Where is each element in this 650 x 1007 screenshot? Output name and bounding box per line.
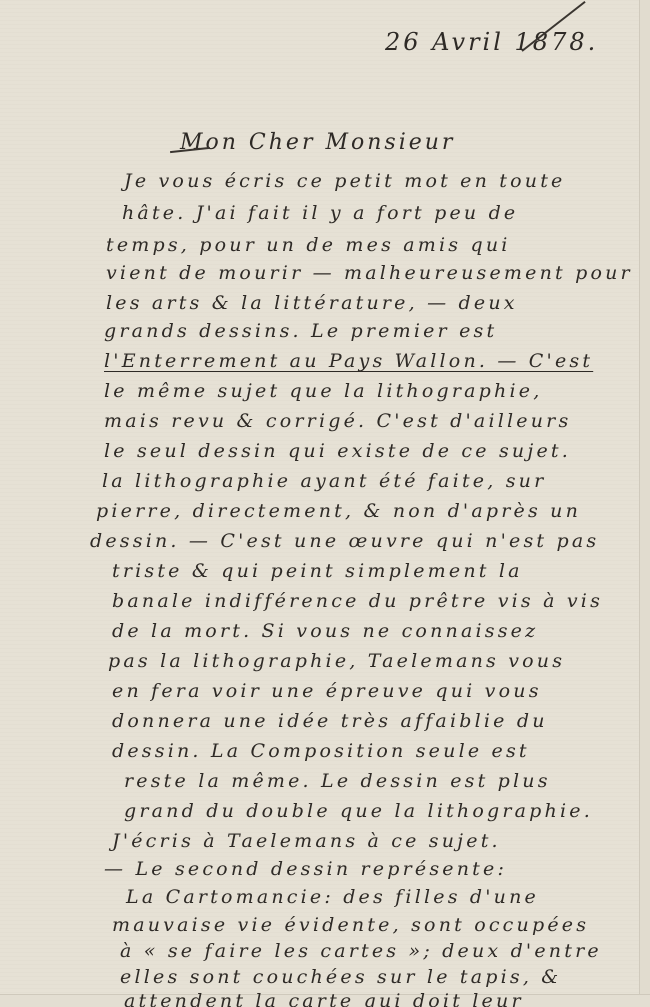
body-line-5: les arts & la littérature, — deux xyxy=(106,292,518,314)
body-line-15: banale indifférence du prêtre vis à vis xyxy=(112,590,603,612)
body-line-28: elles sont couchées sur le tapis, & xyxy=(120,966,561,988)
letter-salutation: Mon Cher Monsieur xyxy=(180,130,455,155)
body-line-2: hâte. J'ai fait il y a fort peu de xyxy=(122,202,518,224)
body-line-10: le seul dessin qui existe de ce sujet. xyxy=(104,440,571,462)
body-line-23: J'écris à Taelemans à ce sujet. xyxy=(112,830,501,852)
body-line-1: Je vous écris ce petit mot en toute xyxy=(124,170,566,192)
body-line-26: mauvaise vie évidente, sont occupées xyxy=(112,914,589,936)
body-line-3: temps, pour un de mes amis qui xyxy=(106,234,511,256)
body-line-14: triste & qui peint simplement la xyxy=(112,560,523,582)
body-line-13: dessin. — C'est une œuvre qui n'est pas xyxy=(90,530,599,552)
body-line-12: pierre, directement, & non d'après un xyxy=(96,500,581,522)
body-line-9: mais revu & corrigé. C'est d'ailleurs xyxy=(104,410,571,432)
body-line-16: de la mort. Si vous ne connaissez xyxy=(112,620,538,642)
body-line-27: à « se faire les cartes »; deux d'entre xyxy=(120,940,602,962)
body-line-7: l'Enterrement au Pays Wallon. — C'est xyxy=(104,350,593,372)
body-line-6: grands dessins. Le premier est xyxy=(104,320,497,342)
body-line-29: attendent la carte qui doit leur xyxy=(124,990,524,1007)
paper-right-edge xyxy=(639,0,650,1007)
letter-date: 26 Avril 1878. xyxy=(385,28,598,56)
body-line-20: dessin. La Composition seule est xyxy=(112,740,530,762)
body-line-4: vient de mourir — malheureusement pour xyxy=(106,262,633,284)
body-line-22: grand du double que la lithographie. xyxy=(124,800,593,822)
body-line-8: le même sujet que la lithographie, xyxy=(104,380,542,402)
body-line-18: en fera voir une épreuve qui vous xyxy=(112,680,542,702)
body-line-19: donnera une idée très affaiblie du xyxy=(112,710,548,732)
body-line-25: La Cartomancie: des filles d'une xyxy=(126,886,539,908)
body-line-24: — Le second dessin représente: xyxy=(104,858,507,880)
body-line-11: la lithographie ayant été faite, sur xyxy=(102,470,546,492)
body-line-21: reste la même. Le dessin est plus xyxy=(124,770,551,792)
body-line-17: pas la lithographie, Taelemans vous xyxy=(108,650,565,672)
